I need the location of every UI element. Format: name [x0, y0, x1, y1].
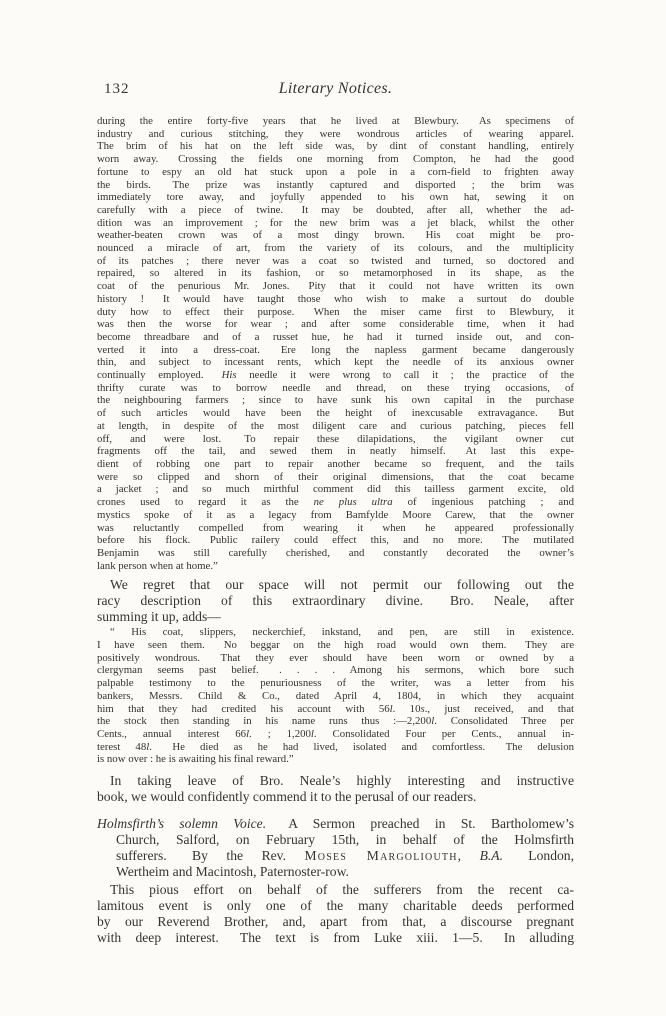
plain-text: fortune to espy an old hat stuck upon a …	[97, 166, 574, 178]
text-line: continually employed. His needle it were…	[97, 369, 574, 382]
text-line: was reluctantly compelled from wearing i…	[97, 522, 574, 535]
plain-text: were so clipped and shorn of their origi…	[97, 471, 574, 483]
plain-text: positively wondrous. That they ever shou…	[97, 652, 574, 664]
plain-text: needle it were wrong to call it ; the pr…	[237, 369, 574, 381]
plain-text: during the entire forty-five years that …	[97, 115, 574, 127]
plain-text: Wertheim and Macintosh, Paternoster-row.	[116, 864, 349, 879]
text-line: were so clipped and shorn of their origi…	[97, 471, 574, 484]
text-line: of its patches ; there never was a coat …	[97, 255, 574, 268]
plain-text: lank person when at home.”	[97, 560, 218, 572]
plain-text: thin, and subject to incessant rents, wh…	[97, 356, 574, 368]
text-line: was then the worse for wear ; and after …	[97, 318, 574, 331]
plain-text: In taking leave of Bro. Neale’s highly i…	[110, 773, 574, 788]
plain-text: verted it into a dress-coat. Ere long th…	[97, 344, 574, 356]
text-line: palpable testimony to the penuriousness …	[97, 677, 574, 690]
plain-text: become threadbare and of a russet hue, h…	[97, 331, 574, 343]
plain-text: was reluctantly compelled from wearing i…	[97, 522, 574, 534]
plain-text: lamitous event is only one of the many c…	[97, 898, 574, 913]
closing-paragraph: In taking leave of Bro. Neale’s highly i…	[97, 773, 574, 805]
plain-text: coat of the penurious Mr. Jones. Pity th…	[97, 280, 574, 292]
plain-text: industry and curious stitching, they wer…	[97, 128, 574, 140]
plain-text: continually employed.	[97, 369, 222, 381]
text-line: Cents., annual interest 66l. ; 1,200l. C…	[97, 728, 574, 741]
entry-opening-paragraph: This pious effort on behalf of the suffe…	[97, 882, 574, 946]
plain-text: crones used to regard it as the	[97, 496, 314, 508]
running-title: Literary Notices.	[97, 80, 574, 98]
plain-text: I have seen them. No beggar on the high …	[97, 639, 574, 651]
regret-paragraph: We regret that our space will not permit…	[97, 577, 574, 625]
text-line: coat of the penurious Mr. Jones. Pity th…	[97, 280, 574, 293]
plain-text: duty how to effect their purpose. When t…	[97, 306, 574, 318]
plain-text: Church, Salford, on February 15th, in be…	[116, 832, 574, 847]
plain-text: worn away. Crossing the fields one morni…	[97, 153, 574, 165]
plain-text: . ; 1,200	[249, 728, 311, 740]
text-line: during the entire forty-five years that …	[97, 115, 574, 128]
text-line: Wertheim and Macintosh, Paternoster-row.	[97, 864, 574, 880]
italic-text: B.A.	[480, 848, 503, 863]
text-line: off, and were lost. To repair these dila…	[97, 433, 574, 446]
plain-text: at length, in despite of the most dilige…	[97, 420, 574, 432]
review-body-paragraph: during the entire forty-five years that …	[97, 115, 574, 572]
text-line: is now over : he is awaiting his final r…	[97, 753, 574, 766]
text-line: Holmsfirth’s solemn Voice. A Sermon prea…	[97, 816, 574, 832]
plain-text: ., just received, and that	[425, 703, 574, 715]
italic-text: Holmsfirth’s solemn Voice.	[97, 816, 266, 831]
text-line: with deep interest. The text is from Luk…	[97, 930, 574, 946]
scanned-book-page: 132 Literary Notices. during the entire …	[0, 0, 666, 1016]
plain-text: The brim of his hat on the left side was…	[97, 140, 574, 152]
plain-text: of ingenious patching ; and	[393, 496, 574, 508]
plain-text: A Sermon preached in St. Bartholomew’s	[266, 816, 574, 831]
text-line: become threadbare and of a russet hue, h…	[97, 331, 574, 344]
text-line: duty how to effect their purpose. When t…	[97, 306, 574, 319]
text-line: The brim of his hat on the left side was…	[97, 140, 574, 153]
plain-text: clergyman seems past belief. . . . . Amo…	[97, 664, 574, 676]
plain-text: dient of robbing one part to repair anot…	[97, 458, 574, 470]
text-line: bankers, Messrs. Child & Co., dated Apri…	[97, 690, 574, 703]
plain-text: terest 48	[97, 741, 146, 753]
small-caps-text: Moses Margoliouth	[305, 848, 458, 863]
plain-text: the neighbouring farmers ; since to have…	[97, 394, 574, 406]
text-line: sufferers. By the Rev. Moses Margoliouth…	[97, 848, 574, 864]
plain-text: sufferers. By the Rev.	[116, 848, 305, 863]
text-line: him that they had credited his account w…	[97, 703, 574, 716]
plain-text: Cents., annual interest 66	[97, 728, 246, 740]
text-line: the neighbouring farmers ; since to have…	[97, 394, 574, 407]
text-line: This pious effort on behalf of the suffe…	[97, 882, 574, 898]
plain-text: weather-beaten crown was of a most dingy…	[97, 229, 574, 241]
text-line: terest 48l. He died as he had lived, iso…	[97, 741, 574, 754]
text-line: Benjamin was still carefully cherished, …	[97, 547, 574, 560]
plain-text: Benjamin was still carefully cherished, …	[97, 547, 574, 559]
plain-text: mystics spoke of it as a legacy from Bam…	[97, 509, 574, 521]
text-line: the birds. The prize was instantly captu…	[97, 179, 574, 192]
plain-text: by our Reverend Brother, and, apart from…	[97, 914, 574, 929]
plain-text: palpable testimony to the penuriousness …	[97, 677, 574, 689]
text-line: Church, Salford, on February 15th, in be…	[97, 832, 574, 848]
page-number: 132	[104, 81, 130, 98]
plain-text: before his flock. Public railery could e…	[97, 534, 574, 546]
text-line: crones used to regard it as the ne plus …	[97, 496, 574, 509]
text-line: industry and curious stitching, they wer…	[97, 128, 574, 141]
text-line: racy description of this extraordinary d…	[97, 593, 574, 609]
plain-text: dition was an improvement ; for the new …	[97, 217, 574, 229]
text-line: We regret that our space will not permit…	[97, 577, 574, 593]
plain-text: . Consolidated Four per Cents., annual i…	[314, 728, 574, 740]
plain-text: repaired, so altered in its fashion, or …	[97, 267, 574, 279]
plain-text: history ! It would have taught those who…	[97, 293, 574, 305]
text-line: In taking leave of Bro. Neale’s highly i…	[97, 773, 574, 789]
plain-text: immediately tore away, and joyfully appe…	[97, 191, 574, 203]
plain-text: off, and were lost. To repair these dila…	[97, 433, 574, 445]
text-line: “ His coat, slippers, neckerchief, inkst…	[97, 626, 574, 639]
text-line: of such articles would have been the hei…	[97, 407, 574, 420]
plain-text: fragments off the tail, and sewed them i…	[97, 445, 574, 457]
plain-text: carefully with a piece of twine. It may …	[97, 204, 574, 216]
plain-text: the stock then standing in his name runs…	[97, 715, 431, 727]
plain-text: . Consolidated Three per	[434, 715, 574, 727]
plain-text: with deep interest. The text is from Luk…	[97, 930, 574, 945]
text-line: immediately tore away, and joyfully appe…	[97, 191, 574, 204]
italic-text: His	[222, 369, 237, 381]
plain-text: of such articles would have been the hei…	[97, 407, 574, 419]
text-line: fragments off the tail, and sewed them i…	[97, 445, 574, 458]
entry-heading: Holmsfirth’s solemn Voice. A Sermon prea…	[97, 816, 574, 880]
text-line: a jacket ; and so much mirthful comment …	[97, 483, 574, 496]
text-line: thrifty curate was to borrow needle and …	[97, 382, 574, 395]
text-line: verted it into a dress-coat. Ere long th…	[97, 344, 574, 357]
text-line: weather-beaten crown was of a most dingy…	[97, 229, 574, 242]
text-line: before his flock. Public railery could e…	[97, 534, 574, 547]
plain-text: . 10	[393, 703, 421, 715]
text-line: lamitous event is only one of the many c…	[97, 898, 574, 914]
plain-text: of its patches ; there never was a coat …	[97, 255, 574, 267]
plain-text: a jacket ; and so much mirthful comment …	[97, 483, 574, 495]
text-line: worn away. Crossing the fields one morni…	[97, 153, 574, 166]
plain-text: bankers, Messrs. Child & Co., dated Apri…	[97, 690, 574, 702]
plain-text: . He died as he had lived, isolated and …	[149, 741, 574, 753]
text-line: by our Reverend Brother, and, apart from…	[97, 914, 574, 930]
italic-text: ne plus ultra	[314, 496, 393, 508]
plain-text: We regret that our space will not permit…	[110, 577, 574, 592]
plain-text: summing it up, adds—	[97, 609, 221, 624]
plain-text: London,	[503, 848, 574, 863]
plain-text: “ His coat, slippers, neckerchief, inkst…	[110, 626, 574, 638]
text-line: nounced a miracle of art, from the varie…	[97, 242, 574, 255]
plain-text: book, we would confidently commend it to…	[97, 789, 476, 804]
plain-text: racy description of this extraordinary d…	[97, 593, 574, 608]
plain-text: ,	[458, 848, 480, 863]
text-line: dient of robbing one part to repair anot…	[97, 458, 574, 471]
page-body: during the entire forty-five years that …	[97, 115, 574, 946]
text-line: fortune to espy an old hat stuck upon a …	[97, 166, 574, 179]
plain-text: This pious effort on behalf of the suffe…	[110, 882, 574, 897]
quote-paragraph: “ His coat, slippers, neckerchief, inkst…	[97, 626, 574, 766]
text-line: summing it up, adds—	[97, 609, 574, 625]
page-header: 132 Literary Notices.	[97, 80, 574, 99]
text-line: positively wondrous. That they ever shou…	[97, 652, 574, 665]
plain-text: the birds. The prize was instantly captu…	[97, 179, 574, 191]
plain-text: nounced a miracle of art, from the varie…	[97, 242, 574, 254]
plain-text: is now over : he is awaiting his final r…	[97, 753, 294, 765]
text-line: repaired, so altered in its fashion, or …	[97, 267, 574, 280]
text-line: history ! It would have taught those who…	[97, 293, 574, 306]
text-line: clergyman seems past belief. . . . . Amo…	[97, 664, 574, 677]
text-line: mystics spoke of it as a legacy from Bam…	[97, 509, 574, 522]
plain-text: thrifty curate was to borrow needle and …	[97, 382, 574, 394]
text-column: 132 Literary Notices. during the entire …	[97, 80, 574, 946]
text-line: dition was an improvement ; for the new …	[97, 217, 574, 230]
text-line: at length, in despite of the most dilige…	[97, 420, 574, 433]
plain-text: was then the worse for wear ; and after …	[97, 318, 574, 330]
text-line: book, we would confidently commend it to…	[97, 789, 574, 805]
plain-text: him that they had credited his account w…	[97, 703, 390, 715]
text-line: carefully with a piece of twine. It may …	[97, 204, 574, 217]
text-line: lank person when at home.”	[97, 560, 574, 573]
text-line: I have seen them. No beggar on the high …	[97, 639, 574, 652]
text-line: the stock then standing in his name runs…	[97, 715, 574, 728]
text-line: thin, and subject to incessant rents, wh…	[97, 356, 574, 369]
